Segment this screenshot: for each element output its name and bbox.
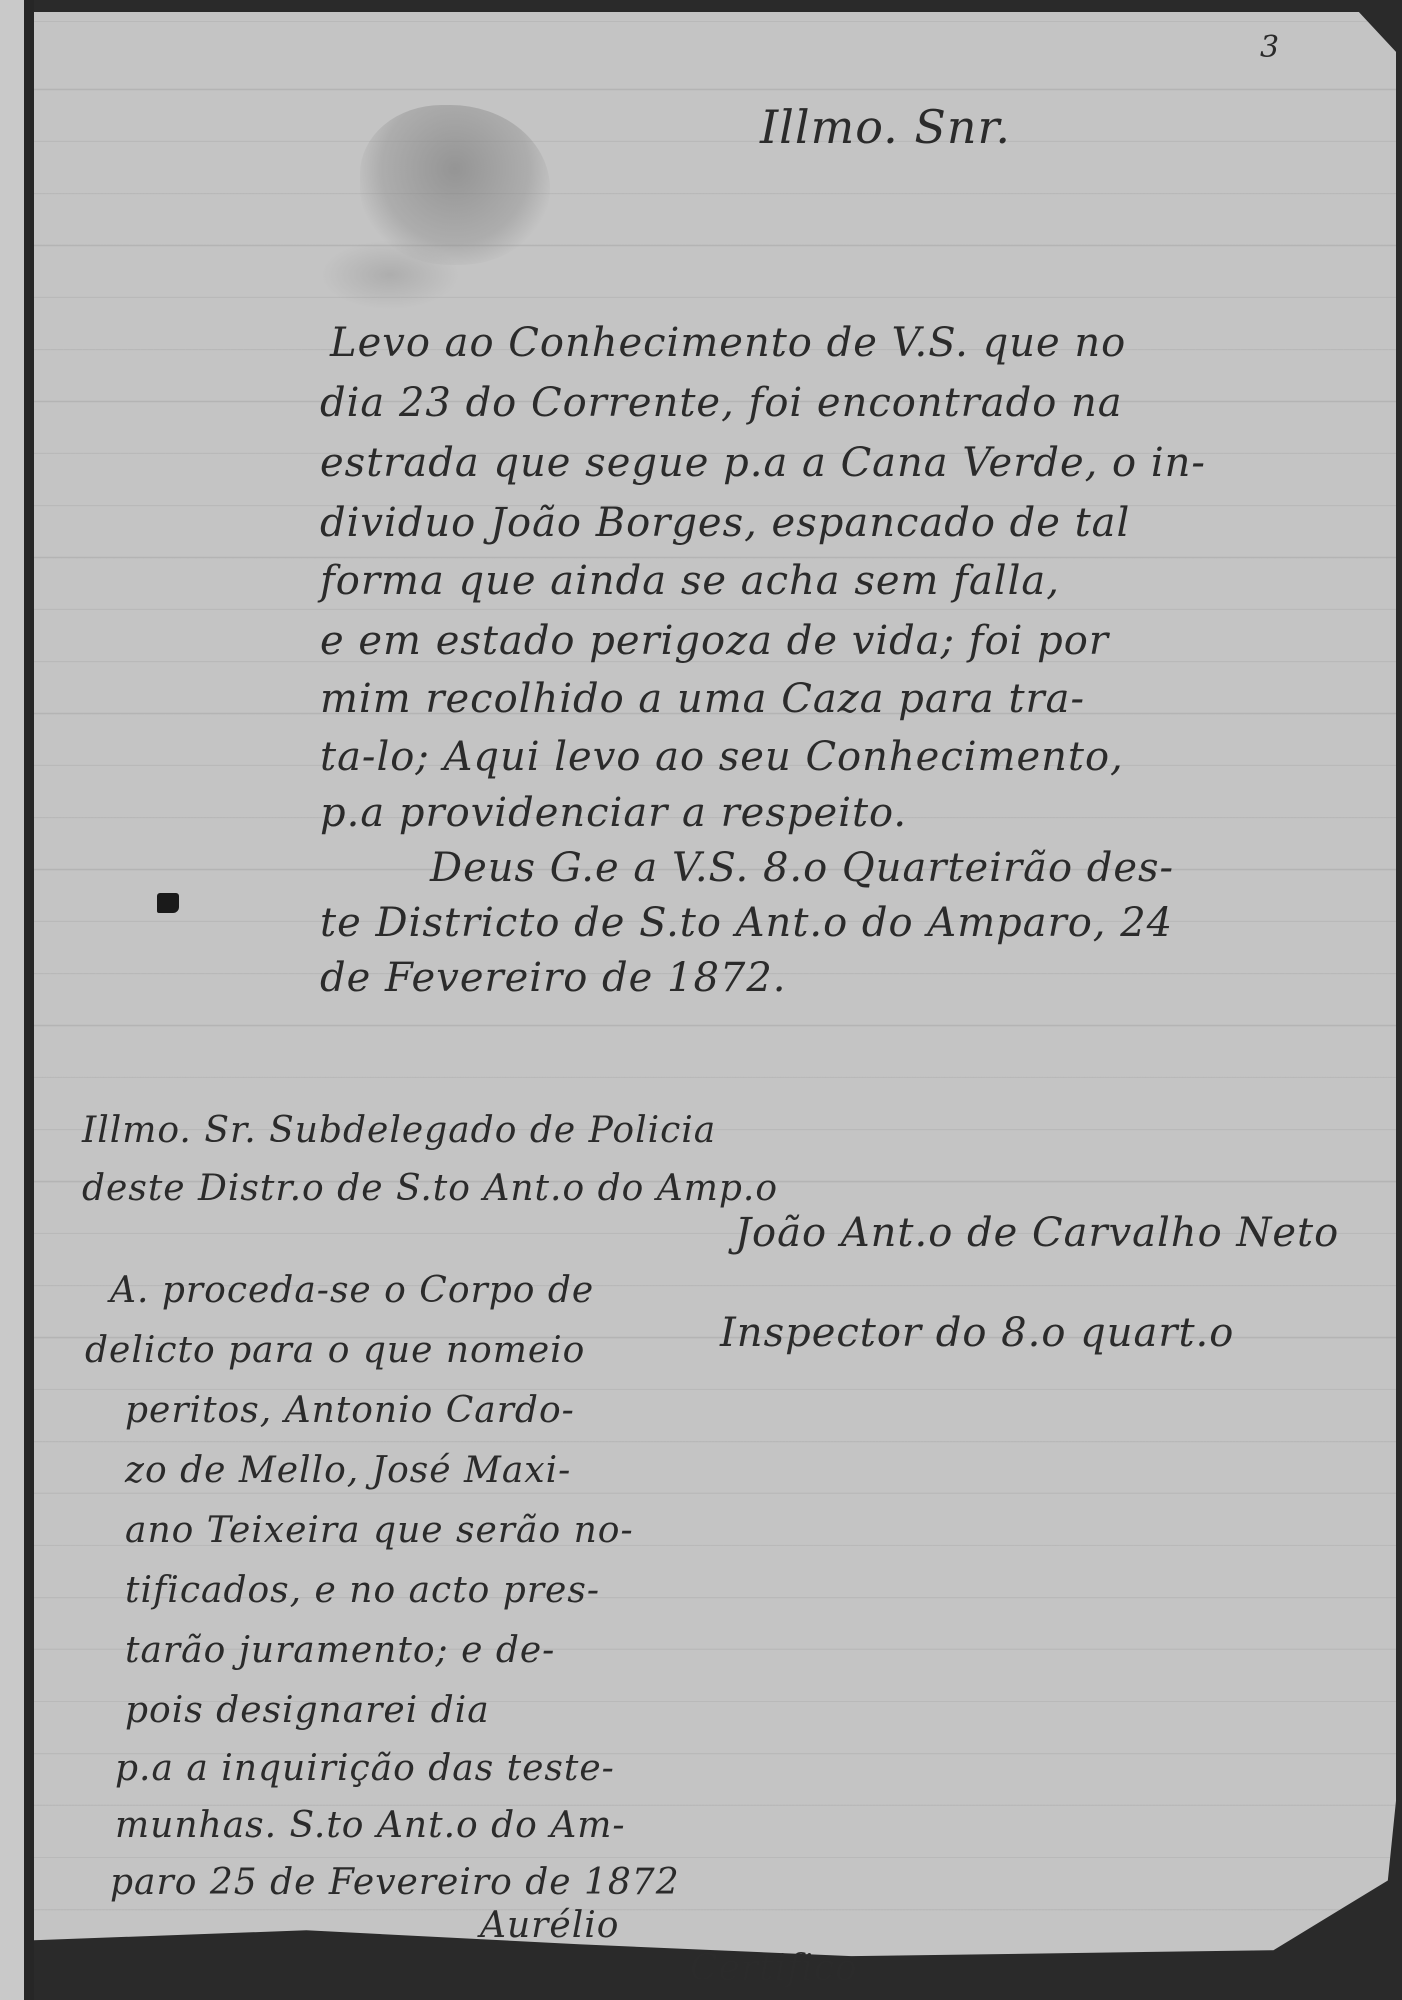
body-line: forma que ainda se acha sem falla, xyxy=(320,558,1060,604)
margin-note-line: peritos, Antonio Cardo- xyxy=(125,1390,575,1431)
body-line: ta-lo; Aqui levo ao seu Conhecimento, xyxy=(320,734,1124,780)
ink-blot xyxy=(157,893,179,913)
addressee-line: Illmo. Sr. Subdelegado de Policia xyxy=(82,1110,716,1151)
margin-note-line: A. proceda-se o Corpo de xyxy=(110,1270,594,1311)
date-line: de Fevereiro de 1872. xyxy=(320,955,787,1001)
body-line: estrada que segue p.a a Cana Verde, o in… xyxy=(320,440,1206,486)
signature-name: João Ant.o de Carvalho Neto xyxy=(735,1210,1339,1256)
body-line: e em estado perigoza de vida; foi por xyxy=(320,618,1109,664)
salutation: Illmo. Snr. xyxy=(760,100,1011,154)
margin-note-line: p.a a inquirição das teste- xyxy=(115,1748,615,1789)
body-line: dia 23 do Corrente, foi encontrado na xyxy=(320,380,1123,426)
margin-note-line: zo de Mello, José Maxi- xyxy=(125,1450,571,1491)
certification-note: Certifico xyxy=(690,1948,858,1989)
body-line: p.a providenciar a respeito. xyxy=(320,790,907,836)
margin-note-line: tificados, e no acto pres- xyxy=(125,1570,600,1611)
closing-line: te Districto de S.to Ant.o do Amparo, 24 xyxy=(320,900,1173,946)
margin-note-line: ano Teixeira que serão no- xyxy=(125,1510,634,1551)
closing-line: Deus G.e a V.S. 8.o Quarteirão des- xyxy=(430,845,1174,891)
body-line: Levo ao Conhecimento de V.S. que no xyxy=(330,320,1126,366)
closing-signature: Aurélio xyxy=(480,1905,619,1946)
page-number: 3 xyxy=(1260,30,1280,65)
margin-note-line: paro 25 de Fevereiro de 1872 xyxy=(110,1862,680,1903)
body-line: dividuo João Borges, espancado de tal xyxy=(320,500,1130,546)
binding-gutter xyxy=(24,0,34,2000)
addressee-line: deste Distr.o de S.to Ant.o do Amp.o xyxy=(82,1168,778,1209)
margin-note-line: munhas. S.to Ant.o do Am- xyxy=(115,1805,626,1846)
adjacent-page-edge xyxy=(0,0,26,2000)
margin-note-line: delicto para o que nomeio xyxy=(85,1330,585,1371)
margin-note-line: tarão juramento; e de- xyxy=(125,1630,555,1671)
water-stain-faint xyxy=(320,240,460,310)
signature-title: Inspector do 8.o quart.o xyxy=(720,1310,1234,1356)
margin-note-line: pois designarei dia xyxy=(125,1690,490,1731)
page-top-edge xyxy=(34,0,1402,12)
body-line: mim recolhido a uma Caza para tra- xyxy=(320,676,1085,722)
